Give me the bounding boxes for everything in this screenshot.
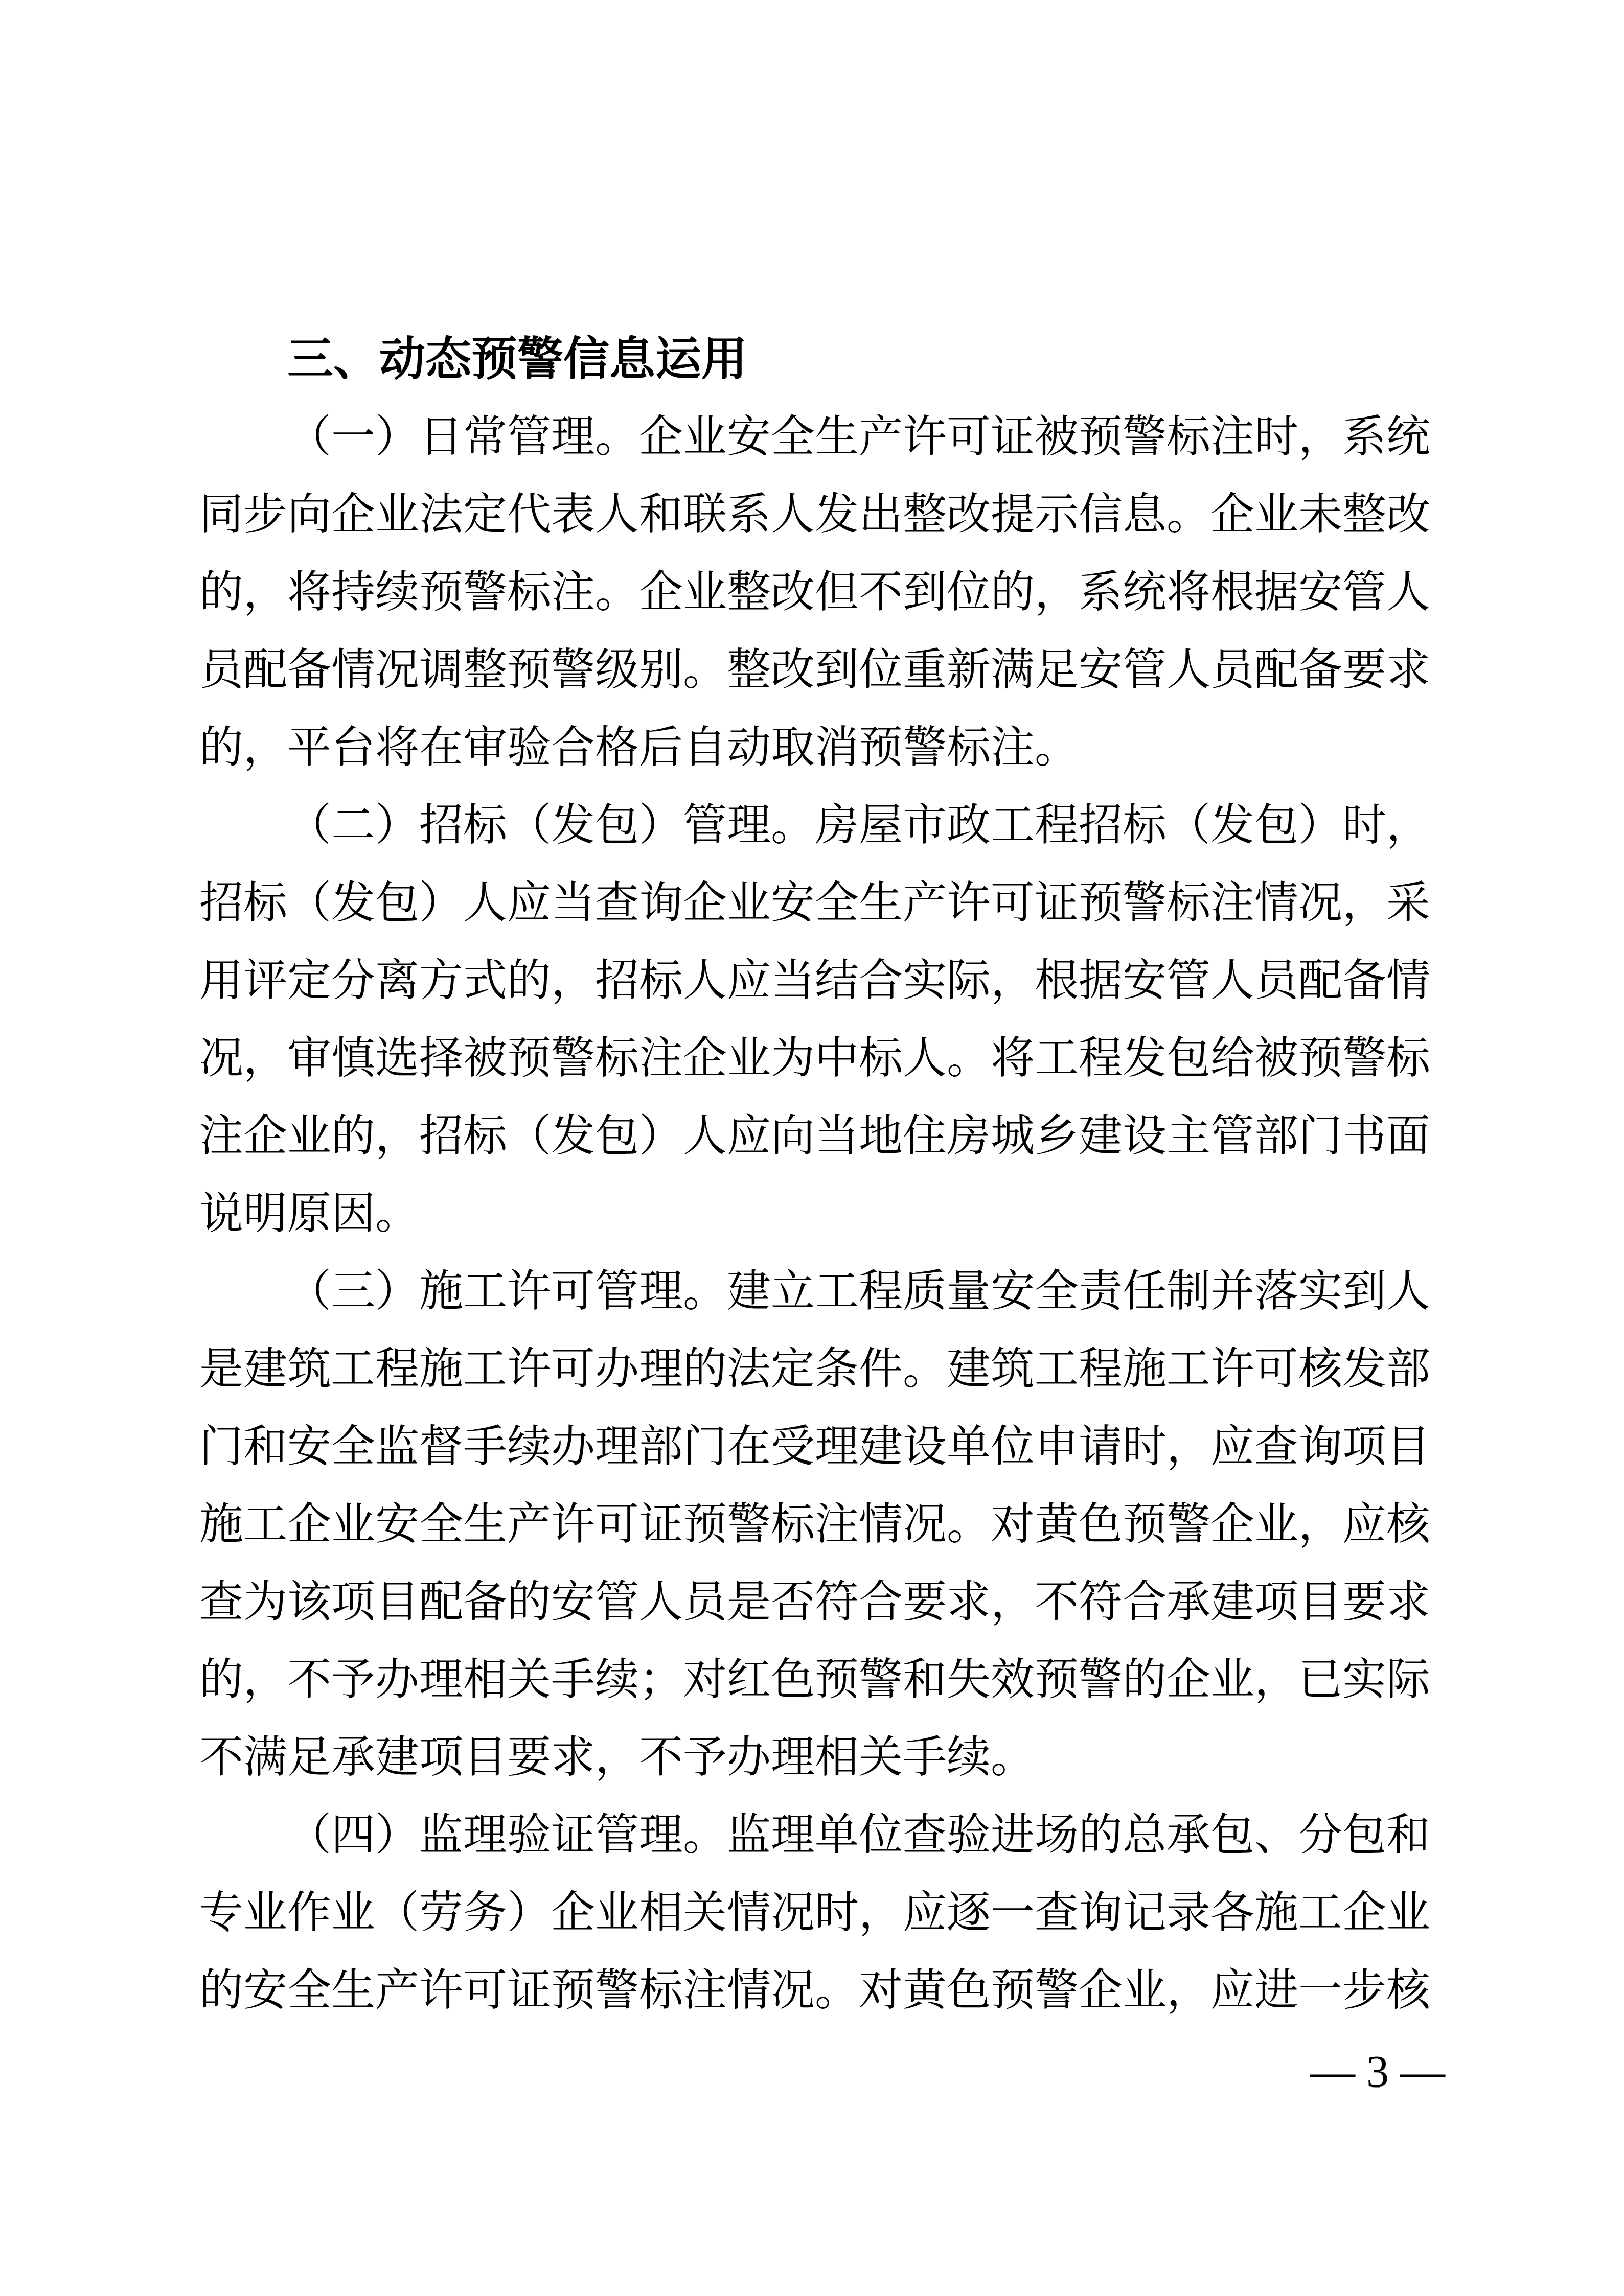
text-line: （三）施工许可管理。建立工程质量安全责任制并落实到人 bbox=[199, 1253, 1430, 1330]
document-body: 三、动态预警信息运用 （一）日常管理。企业安全生产许可证被预警标注时，系统 同步… bbox=[199, 320, 1430, 2029]
text-line: （四）监理验证管理。监理单位查验进场的总承包、分包和 bbox=[199, 1796, 1430, 1874]
text-line: 不满足承建项目要求，不予办理相关手续。 bbox=[199, 1719, 1430, 1796]
text-line: 门和安全监督手续办理部门在受理建设单位申请时，应查询项目 bbox=[199, 1408, 1430, 1486]
text-line: （二）招标（发包）管理。房屋市政工程招标（发包）时， bbox=[199, 786, 1430, 864]
document-page: 三、动态预警信息运用 （一）日常管理。企业安全生产许可证被预警标注时，系统 同步… bbox=[0, 0, 1624, 2296]
text-line: 同步向企业法定代表人和联系人发出整改提示信息。企业未整改 bbox=[199, 476, 1430, 553]
text-line: 的安全生产许可证预警标注情况。对黄色预警企业，应进一步核 bbox=[199, 1952, 1430, 2029]
text-line: 员配备情况调整预警级别。整改到位重新满足安管人员配备要求 bbox=[199, 631, 1430, 709]
text-line: 招标（发包）人应当查询企业安全生产许可证预警标注情况，采 bbox=[199, 864, 1430, 942]
paragraph-supervision-verification: （四）监理验证管理。监理单位查验进场的总承包、分包和 专业作业（劳务）企业相关情… bbox=[199, 1796, 1430, 2029]
text-line: 查为该项目配备的安管人员是否符合要求，不符合承建项目要求 bbox=[199, 1563, 1430, 1641]
text-line: 注企业的，招标（发包）人应向当地住房城乡建设主管部门书面 bbox=[199, 1097, 1430, 1175]
text-line: 的，将持续预警标注。企业整改但不到位的，系统将根据安管人 bbox=[199, 553, 1430, 631]
text-line: 是建筑工程施工许可办理的法定条件。建筑工程施工许可核发部 bbox=[199, 1330, 1430, 1408]
paragraph-bidding-management: （二）招标（发包）管理。房屋市政工程招标（发包）时， 招标（发包）人应当查询企业… bbox=[199, 786, 1430, 1253]
paragraph-daily-management: （一）日常管理。企业安全生产许可证被预警标注时，系统 同步向企业法定代表人和联系… bbox=[199, 398, 1430, 786]
text-line: （一）日常管理。企业安全生产许可证被预警标注时，系统 bbox=[199, 398, 1430, 476]
text-line: 用评定分离方式的，招标人应当结合实际，根据安管人员配备情 bbox=[199, 942, 1430, 1019]
text-line: 的，平台将在审验合格后自动取消预警标注。 bbox=[199, 709, 1430, 786]
text-line: 说明原因。 bbox=[199, 1175, 1430, 1253]
text-line: 的，不予办理相关手续；对红色预警和失效预警的企业，已实际 bbox=[199, 1641, 1430, 1719]
section-heading: 三、动态预警信息运用 bbox=[199, 320, 1430, 398]
text-line: 专业作业（劳务）企业相关情况时，应逐一查询记录各施工企业 bbox=[199, 1874, 1430, 1952]
text-line: 况，审慎选择被预警标注企业为中标人。将工程发包给被预警标 bbox=[199, 1019, 1430, 1097]
text-line: 施工企业安全生产许可证预警标注情况。对黄色预警企业，应核 bbox=[199, 1486, 1430, 1563]
page-number: — 3 — bbox=[1310, 2044, 1445, 2100]
paragraph-construction-permit: （三）施工许可管理。建立工程质量安全责任制并落实到人 是建筑工程施工许可办理的法… bbox=[199, 1253, 1430, 1796]
